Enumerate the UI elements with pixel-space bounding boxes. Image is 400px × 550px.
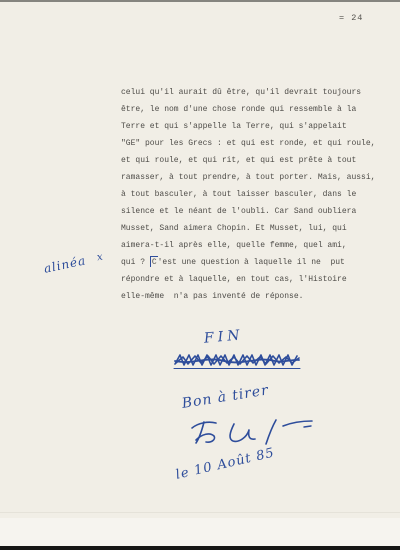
typescript-line: elle-même n'a pas inventé de réponse.: [121, 288, 391, 305]
typescript-line: et qui roule, et qui rit, et qui est prê…: [121, 152, 391, 169]
typescript-line: silence et le néant de l'oubli. Car Sand…: [121, 203, 391, 220]
typescript-line: "GE" pour les Grecs : et qui est ronde, …: [121, 135, 391, 152]
typescript-line: ramasser, à tout prendre, à tout porter.…: [121, 169, 391, 186]
paper-crease: [0, 512, 400, 513]
margin-note-alinea: alinéa: [43, 253, 88, 276]
line-text: qui ?: [121, 258, 150, 267]
typescript-line: celui qu'il aurait dû être, qu'il devrai…: [121, 84, 391, 101]
fin-handwritten: FIN: [203, 327, 244, 346]
typescript-line: à tout basculer, à tout laisser basculer…: [121, 186, 391, 203]
paragraph-mark-box: C: [150, 256, 158, 267]
typescript-line: répondre et à laquelle, en tout cas, l'H…: [121, 271, 391, 288]
margin-check-mark: x: [96, 252, 103, 264]
scan-light-band: [0, 518, 400, 546]
typescript-line: Terre et qui s'appelle la Terre, qui s'a…: [121, 118, 391, 135]
typescript-line-with-mark: qui ? C'est une question à laquelle il n…: [121, 254, 391, 271]
manuscript-page: = 24 celui qu'il aurait dû être, qu'il d…: [0, 0, 400, 550]
typescript-line: Musset, Sand aimera Chopin. Et Musset, l…: [121, 220, 391, 237]
scan-bottom-edge: [0, 546, 400, 550]
typescript-block: celui qu'il aurait dû être, qu'il devrai…: [121, 84, 391, 305]
strikethrough-scribble-icon: [172, 351, 304, 373]
bon-a-tirer-note: Bon à tirer: [181, 382, 270, 412]
line-text: 'est une question à laquelle il ne put: [158, 258, 345, 267]
typescript-line: aimera-t-il après elle, quelle femme, qu…: [121, 237, 391, 254]
typescript-line: être, le nom d'une chose ronde qui resse…: [121, 101, 391, 118]
page-number: = 24: [339, 13, 363, 23]
scan-top-edge: [0, 0, 400, 2]
